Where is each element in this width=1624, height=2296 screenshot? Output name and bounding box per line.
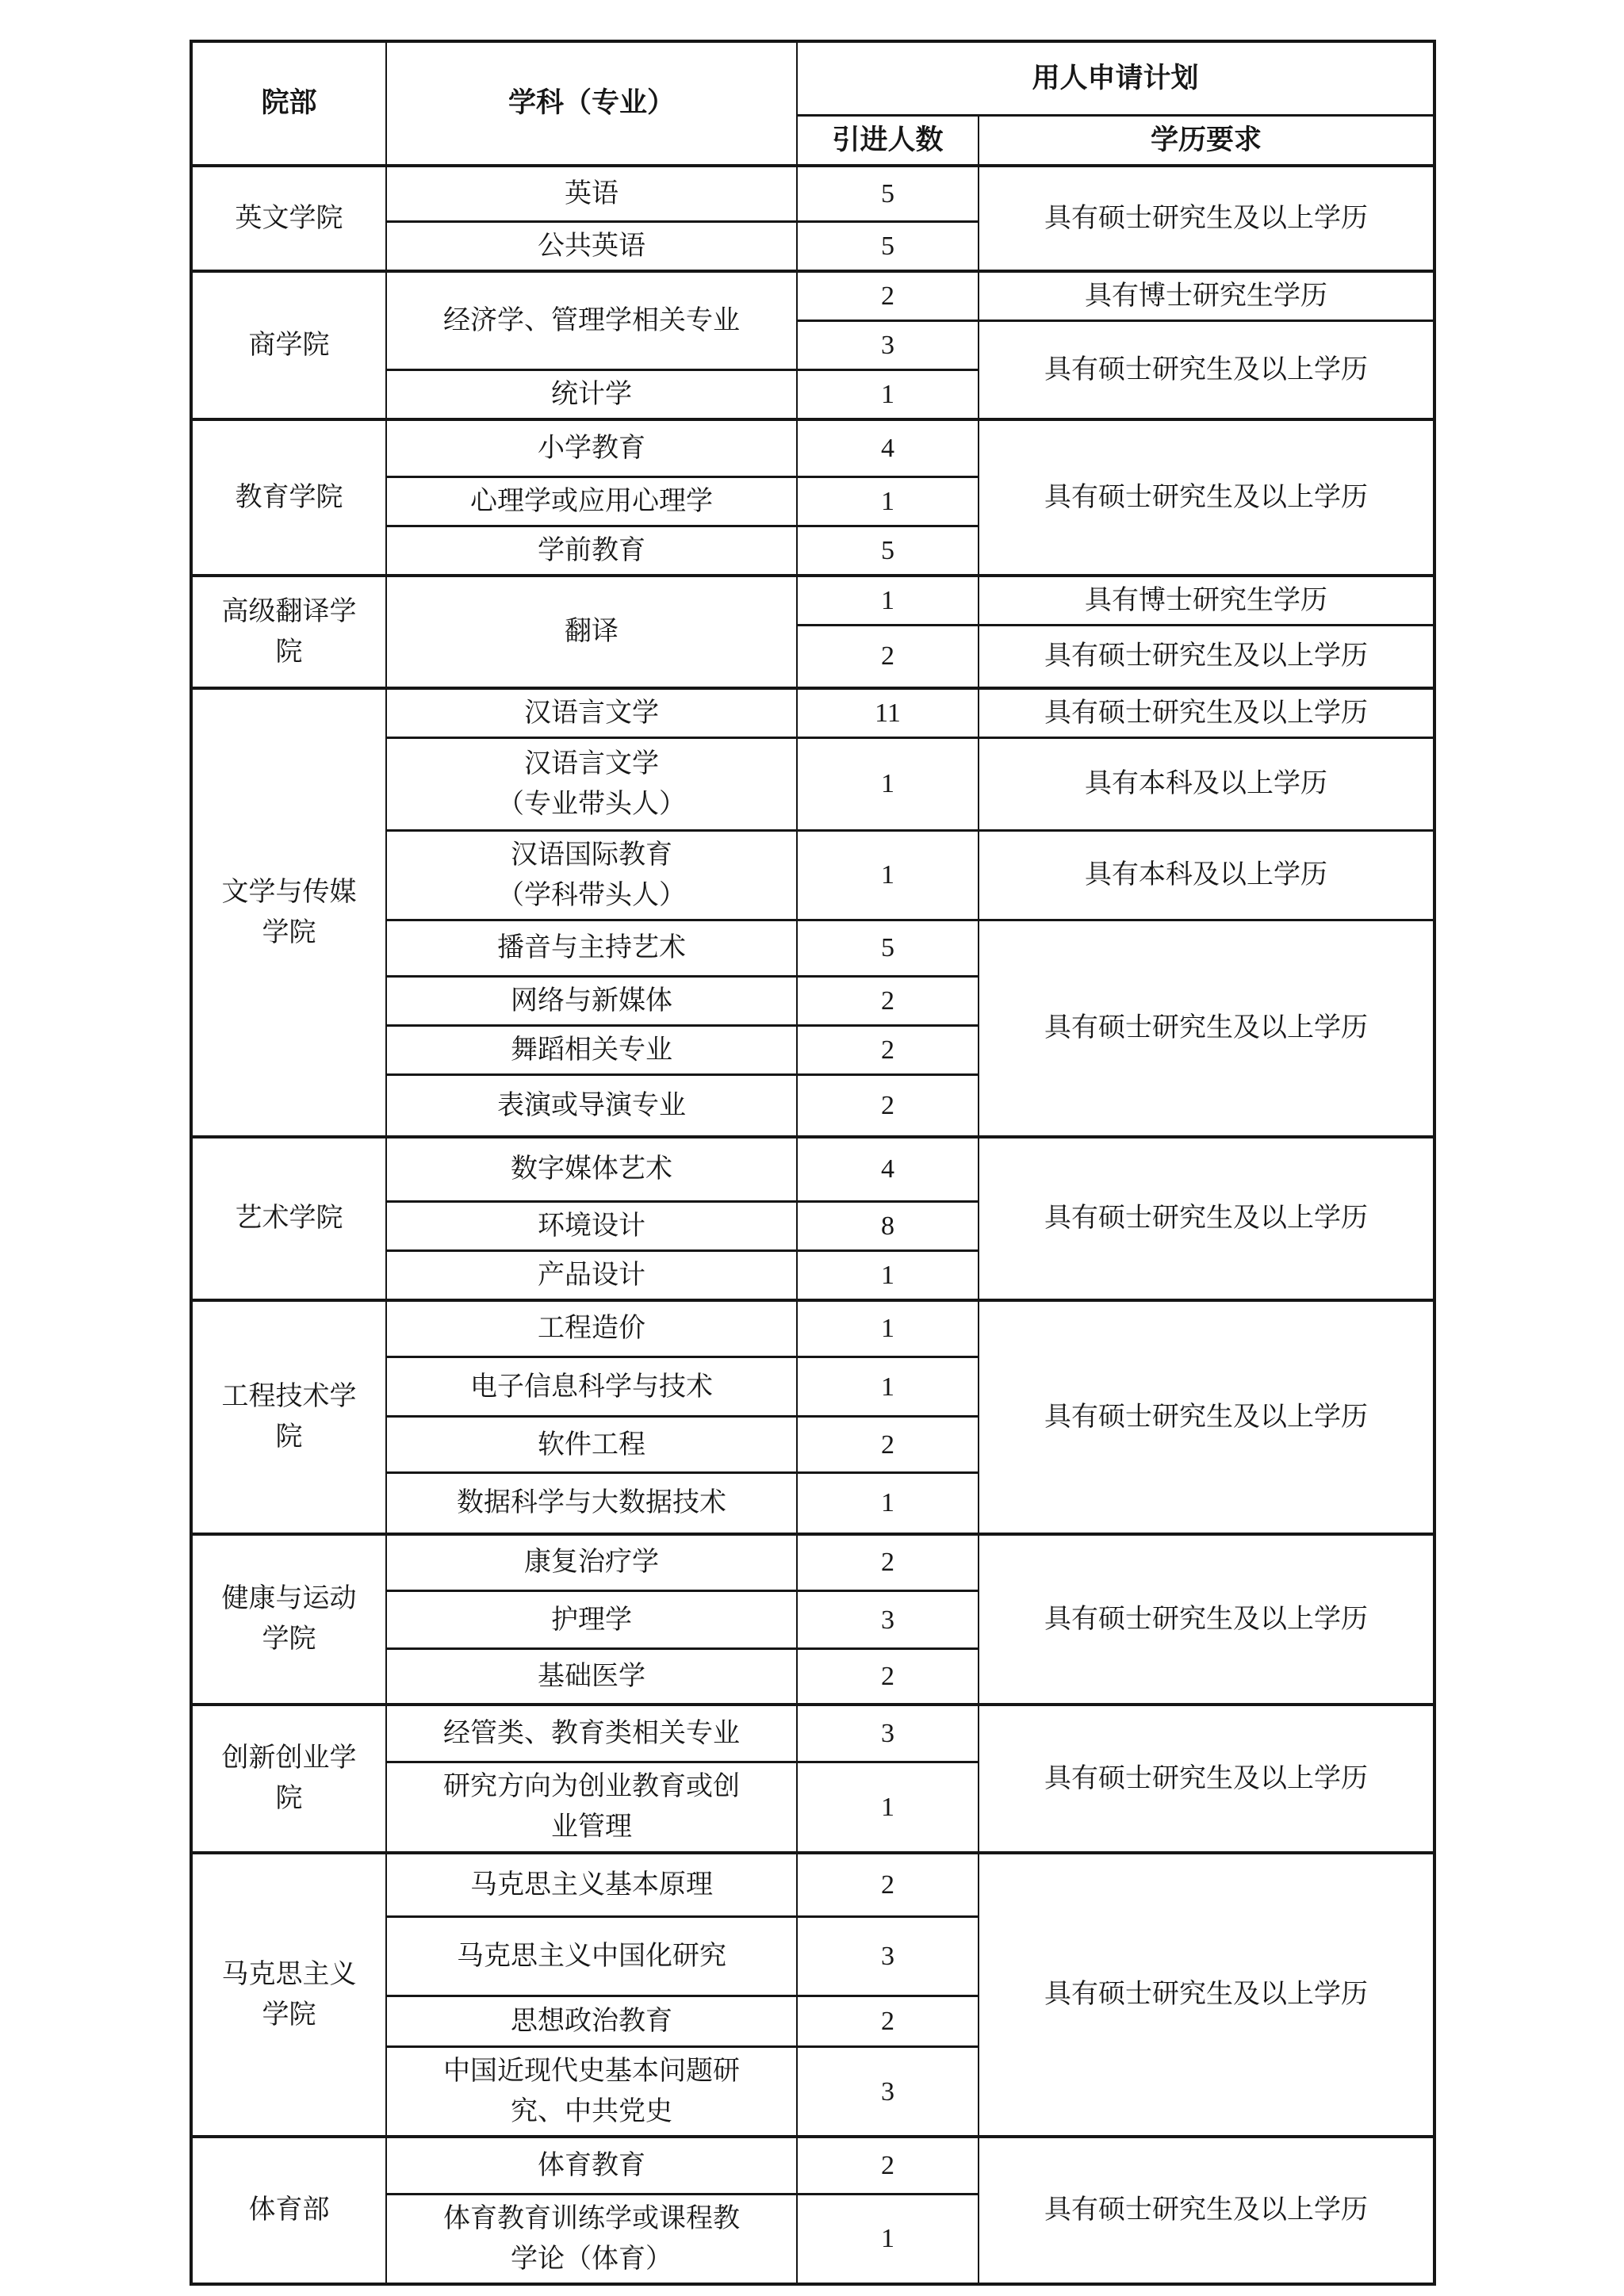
count-cell: 3 [797, 1917, 979, 1996]
count-cell: 2 [797, 1649, 979, 1705]
header-count: 引进人数 [797, 115, 979, 166]
count-cell: 5 [797, 526, 979, 576]
count-cell: 4 [797, 419, 979, 477]
major-cell: 体育教育 [386, 2137, 797, 2194]
department-cell: 艺术学院 [191, 1137, 386, 1300]
major-cell: 数字媒体艺术 [386, 1137, 797, 1201]
count-cell: 2 [797, 1025, 979, 1074]
requirement-cell: 具有硕士研究生及以上学历 [979, 166, 1434, 271]
count-cell: 1 [797, 830, 979, 920]
major-cell: 汉语言文学 [386, 688, 797, 738]
department-cell: 创新创业学 院 [191, 1705, 386, 1853]
count-cell: 1 [797, 1762, 979, 1853]
count-cell: 1 [797, 477, 979, 526]
count-cell: 1 [797, 1250, 979, 1300]
count-cell: 3 [797, 1591, 979, 1649]
major-cell: 护理学 [386, 1591, 797, 1649]
major-cell: 数据科学与大数据技术 [386, 1473, 797, 1534]
requirement-cell: 具有硕士研究生及以上学历 [979, 1705, 1434, 1853]
major-cell: 公共英语 [386, 221, 797, 271]
major-cell: 播音与主持艺术 [386, 920, 797, 976]
department-cell: 体育部 [191, 2137, 386, 2284]
header-requirement: 学历要求 [979, 115, 1434, 166]
major-cell: 电子信息科学与技术 [386, 1357, 797, 1417]
major-cell: 网络与新媒体 [386, 976, 797, 1025]
requirement-cell: 具有硕士研究生及以上学历 [979, 320, 1434, 419]
major-cell: 马克思主义中国化研究 [386, 1917, 797, 1996]
requirement-cell: 具有本科及以上学历 [979, 737, 1434, 830]
major-cell: 经管类、教育类相关专业 [386, 1705, 797, 1762]
count-cell: 8 [797, 1201, 979, 1250]
count-cell: 3 [797, 320, 979, 369]
major-cell: 学前教育 [386, 526, 797, 576]
major-cell: 表演或导演专业 [386, 1074, 797, 1137]
major-cell: 体育教育训练学或课程教 学论（体育） [386, 2194, 797, 2284]
count-cell: 5 [797, 920, 979, 976]
count-cell: 1 [797, 1473, 979, 1534]
department-cell: 教育学院 [191, 419, 386, 576]
requirement-cell: 具有硕士研究生及以上学历 [979, 1853, 1434, 2137]
department-cell: 工程技术学 院 [191, 1300, 386, 1534]
count-cell: 2 [797, 271, 979, 321]
major-cell: 心理学或应用心理学 [386, 477, 797, 526]
major-cell: 汉语言文学 （专业带头人） [386, 737, 797, 830]
requirement-cell: 具有硕士研究生及以上学历 [979, 1534, 1434, 1705]
major-cell: 康复治疗学 [386, 1534, 797, 1591]
major-cell: 研究方向为创业教育或创 业管理 [386, 1762, 797, 1853]
requirement-cell: 具有硕士研究生及以上学历 [979, 688, 1434, 738]
major-cell: 汉语国际教育 （学科带头人） [386, 830, 797, 920]
requirement-cell: 具有博士研究生学历 [979, 271, 1434, 321]
count-cell: 11 [797, 688, 979, 738]
count-cell: 2 [797, 1534, 979, 1591]
count-cell: 2 [797, 2137, 979, 2194]
major-cell: 软件工程 [386, 1417, 797, 1473]
major-cell: 马克思主义基本原理 [386, 1853, 797, 1917]
requirement-cell: 具有本科及以上学历 [979, 830, 1434, 920]
count-cell: 3 [797, 1705, 979, 1762]
count-cell: 2 [797, 1417, 979, 1473]
count-cell: 2 [797, 1074, 979, 1137]
department-cell: 马克思主义 学院 [191, 1853, 386, 2137]
count-cell: 1 [797, 369, 979, 419]
requirement-cell: 具有硕士研究生及以上学历 [979, 2137, 1434, 2284]
recruitment-table: 院部 学科（专业） 用人申请计划 引进人数 学历要求 英文学院 英语 5 具有硕… [190, 40, 1436, 2286]
major-cell: 产品设计 [386, 1250, 797, 1300]
count-cell: 2 [797, 1853, 979, 1917]
count-cell: 1 [797, 737, 979, 830]
major-cell: 经济学、管理学相关专业 [386, 271, 797, 370]
count-cell: 5 [797, 166, 979, 221]
count-cell: 2 [797, 976, 979, 1025]
count-cell: 1 [797, 2194, 979, 2284]
count-cell: 5 [797, 221, 979, 271]
major-cell: 舞蹈相关专业 [386, 1025, 797, 1074]
requirement-cell: 具有硕士研究生及以上学历 [979, 1137, 1434, 1300]
major-cell: 翻译 [386, 576, 797, 688]
requirement-cell: 具有硕士研究生及以上学历 [979, 626, 1434, 688]
major-cell: 工程造价 [386, 1300, 797, 1357]
count-cell: 4 [797, 1137, 979, 1201]
requirement-cell: 具有硕士研究生及以上学历 [979, 920, 1434, 1137]
major-cell: 思想政治教育 [386, 1996, 797, 2047]
department-cell: 高级翻译学 院 [191, 576, 386, 688]
major-cell: 环境设计 [386, 1201, 797, 1250]
requirement-cell: 具有博士研究生学历 [979, 576, 1434, 626]
department-cell: 文学与传媒 学院 [191, 688, 386, 1138]
requirement-cell: 具有硕士研究生及以上学历 [979, 1300, 1434, 1534]
major-cell: 基础医学 [386, 1649, 797, 1705]
count-cell: 1 [797, 1300, 979, 1357]
major-cell: 统计学 [386, 369, 797, 419]
header-major: 学科（专业） [386, 41, 797, 166]
department-cell: 健康与运动 学院 [191, 1534, 386, 1705]
header-department: 院部 [191, 41, 386, 166]
department-cell: 英文学院 [191, 166, 386, 271]
count-cell: 2 [797, 626, 979, 688]
count-cell: 2 [797, 1996, 979, 2047]
count-cell: 1 [797, 576, 979, 626]
requirement-cell: 具有硕士研究生及以上学历 [979, 419, 1434, 576]
count-cell: 3 [797, 2047, 979, 2137]
count-cell: 1 [797, 1357, 979, 1417]
major-cell: 中国近现代史基本问题研 究、中共党史 [386, 2047, 797, 2137]
department-cell: 商学院 [191, 271, 386, 419]
major-cell: 小学教育 [386, 419, 797, 477]
major-cell: 英语 [386, 166, 797, 221]
header-plan: 用人申请计划 [797, 41, 1434, 115]
